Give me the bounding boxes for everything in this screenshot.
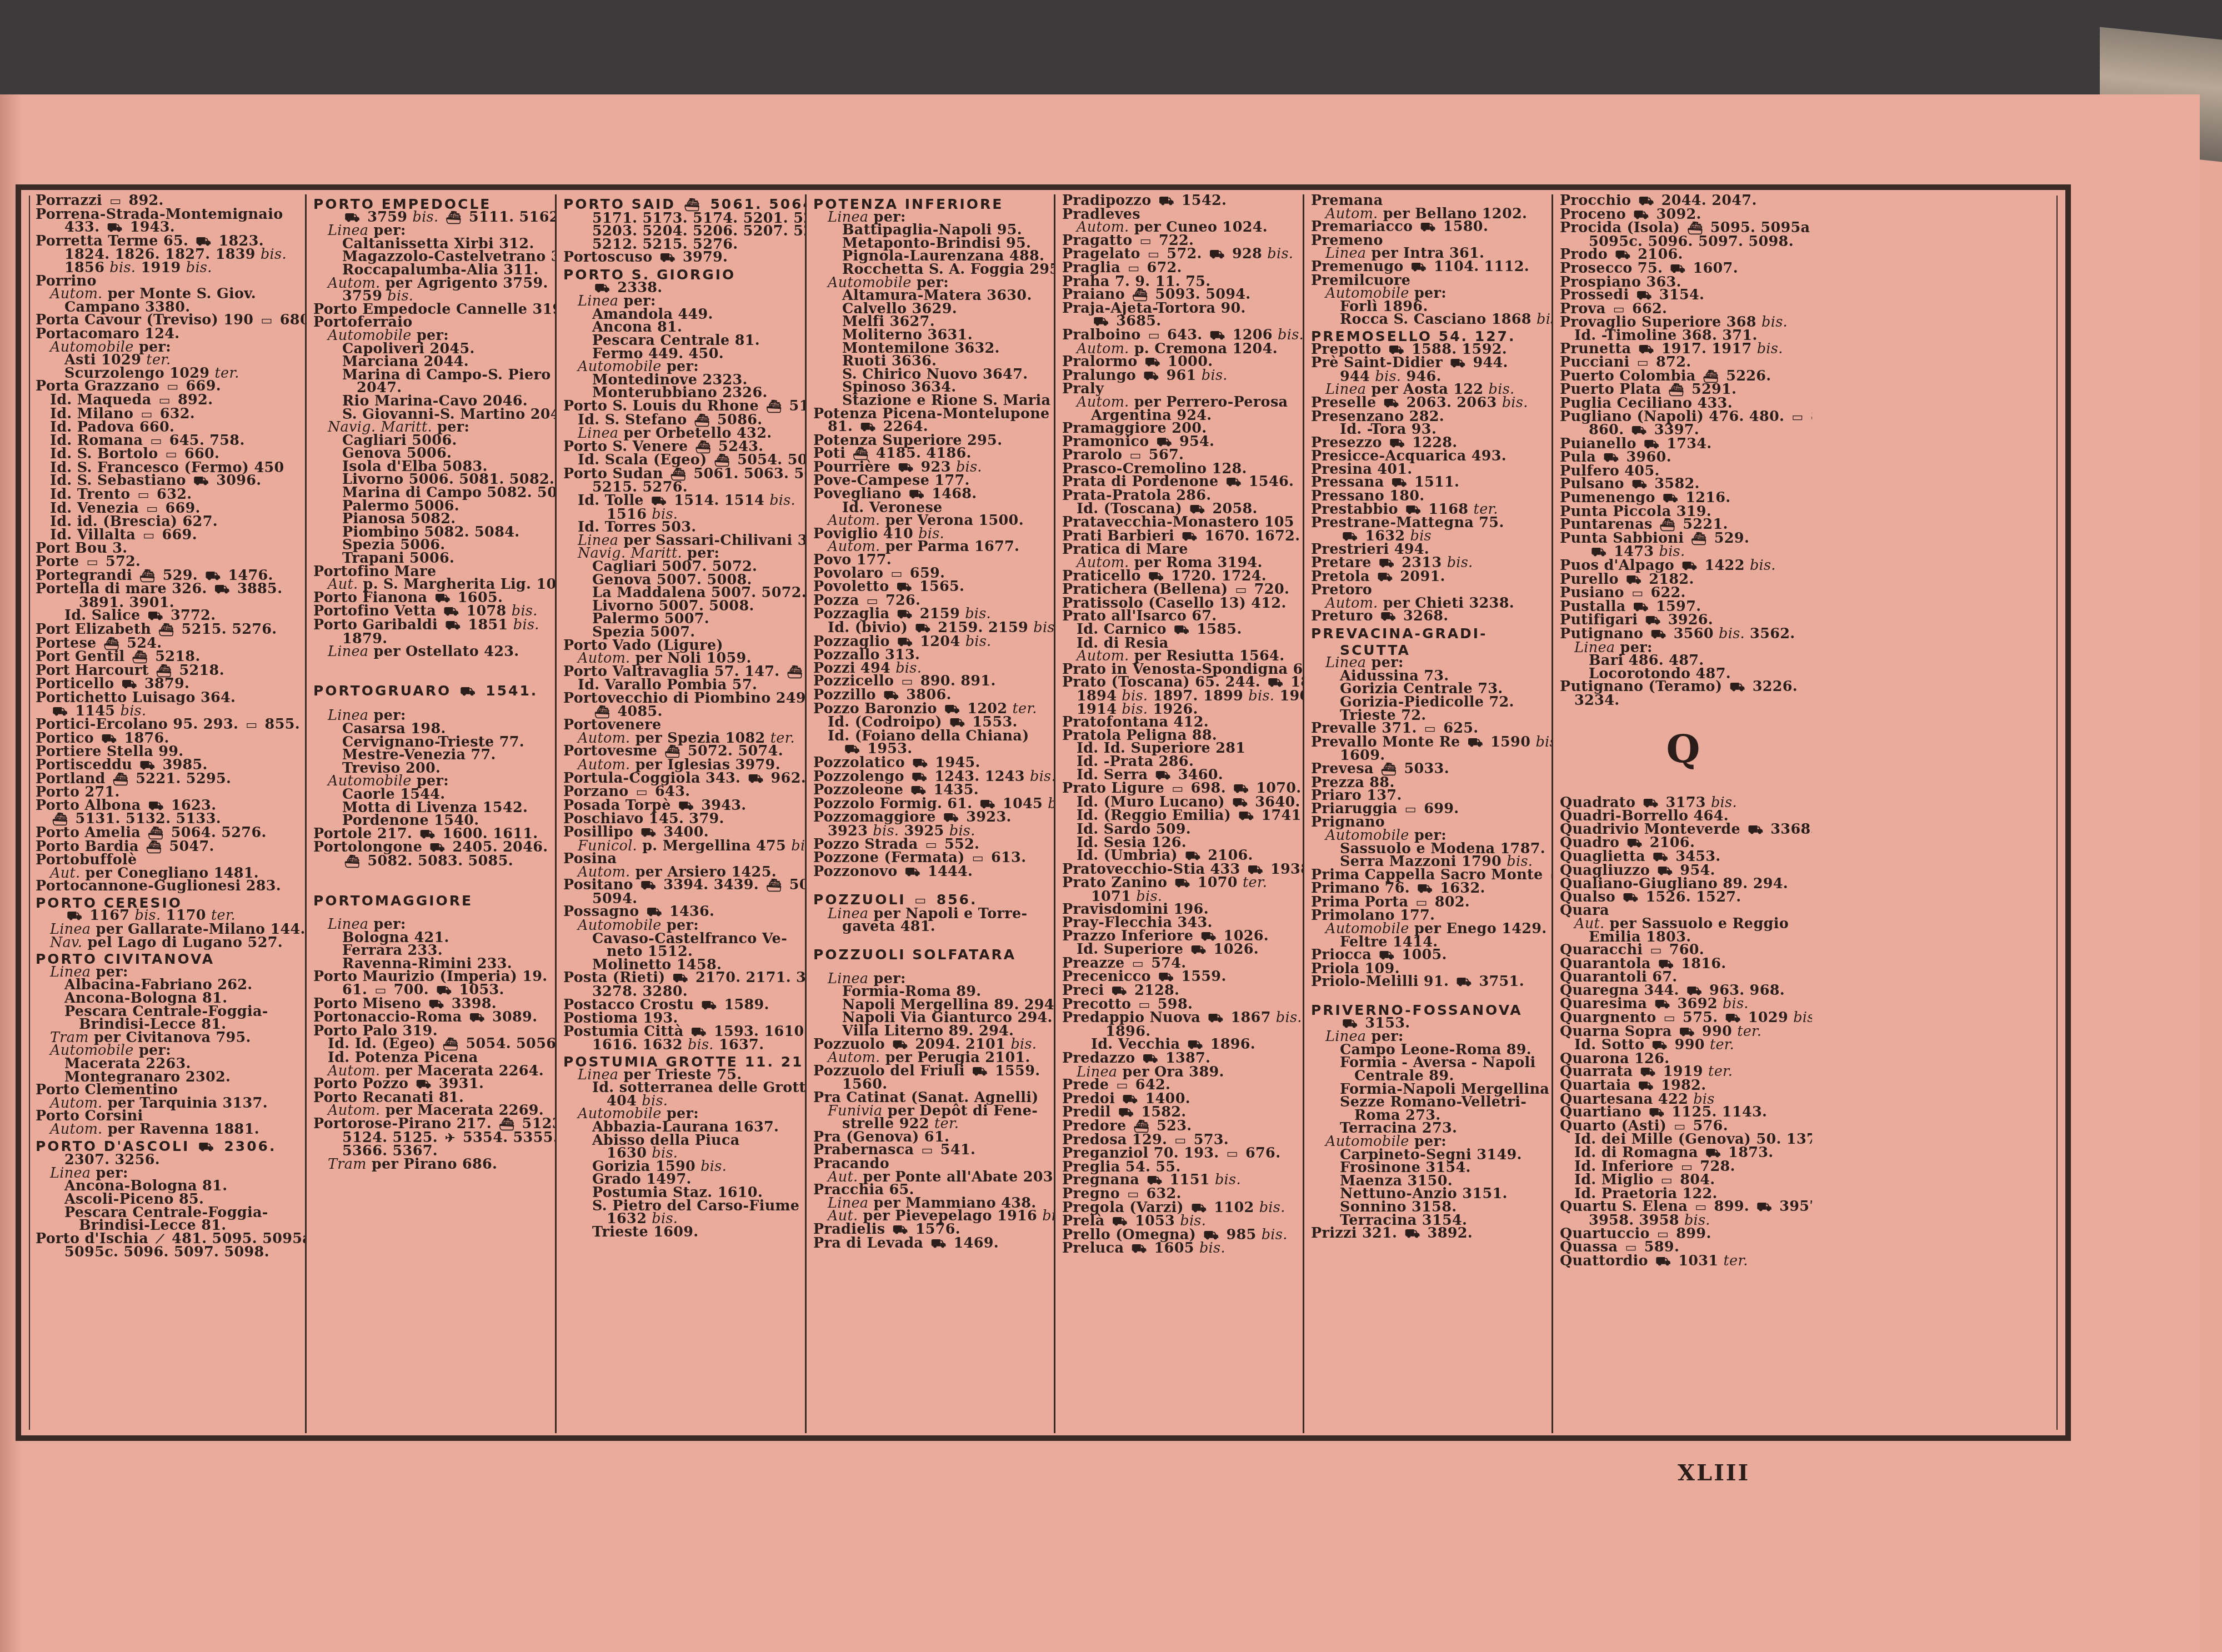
bus-icon: ⛟ bbox=[930, 1238, 946, 1251]
tram-icon: ▭ bbox=[143, 529, 154, 543]
sub-entry: Marina di Campo-S. Piero bbox=[313, 369, 549, 382]
section-letter: Q bbox=[1560, 724, 1806, 774]
sub-entry: Id. Tolle ⛟ 1514. 1514 bis. bbox=[563, 494, 799, 508]
index-column-6: PremanaAutom. per Bellano 1202.Premariac… bbox=[1304, 194, 1553, 1433]
index-entry: Predappio Nuova ⛟ 1867 bis. bbox=[1062, 1012, 1297, 1025]
bus-icon: ⛟ bbox=[1450, 357, 1465, 371]
bus-icon: ⛟ bbox=[1756, 1201, 1772, 1214]
spacer bbox=[313, 659, 549, 670]
index-columns: Porrazzi ▭ 892.Porrena-Strada-Montemigna… bbox=[29, 194, 2051, 1433]
ship-icon: ⛴ bbox=[344, 855, 360, 869]
sub-entry: Abisso della Piuca bbox=[563, 1134, 799, 1148]
bus-icon: ⛟ bbox=[1131, 1243, 1147, 1256]
bus-icon: ⛟ bbox=[912, 757, 928, 770]
index-column-4: POTENZA INFERIORELinea per:Battipaglia-N… bbox=[807, 194, 1055, 1433]
bus-icon: ⛟ bbox=[1411, 261, 1427, 274]
index-column-1: Porrazzi ▭ 892.Porrena-Strada-Montemigna… bbox=[29, 194, 307, 1433]
index-entry: Preturo ⛟ 3268. bbox=[1311, 610, 1546, 624]
index-entry: Quattordio ⛟ 1031 ter. bbox=[1560, 1255, 1806, 1269]
sub-entry: 1616. 1632 bis. 1637. bbox=[563, 1039, 799, 1052]
spacer bbox=[813, 934, 1048, 945]
bus-icon: ⛟ bbox=[1379, 557, 1394, 570]
bus-icon: ⛟ bbox=[460, 685, 477, 699]
sub-entry: Nav. pel Lago di Lugano 527. bbox=[36, 937, 299, 950]
tram-icon: ▭ bbox=[922, 1144, 933, 1158]
spacer bbox=[313, 880, 549, 891]
bus-icon: ⛟ bbox=[701, 999, 717, 1013]
bus-icon: ⛟ bbox=[443, 605, 459, 619]
ship-icon: ⛴ bbox=[766, 401, 782, 414]
ship-icon: ⛴ bbox=[1691, 533, 1706, 546]
plane-icon: ✈ bbox=[445, 1132, 456, 1145]
bus-icon: ⛟ bbox=[972, 1065, 988, 1079]
bus-icon: ⛟ bbox=[1420, 221, 1436, 234]
sub-entry: Trieste 1609. bbox=[563, 1226, 799, 1239]
bus-icon: ⛟ bbox=[469, 1012, 485, 1025]
tram-icon: ▭ bbox=[972, 852, 984, 865]
index-column-7: Procchio ⛟ 2044. 2047.Proceno ⛟ 3092.Pro… bbox=[1553, 194, 1812, 1433]
sub-entry: S. Pietro del Carso-Fiume bbox=[563, 1200, 799, 1213]
spacer bbox=[313, 869, 549, 880]
index-entry: Pra di Levada ⛟ 1469. bbox=[813, 1237, 1048, 1251]
index-entry: Portovecchio di Piombino 249. bbox=[563, 692, 799, 705]
station-heading: PORTOGRUARO ⛟ 1541. bbox=[313, 684, 549, 699]
index-entry: Prizzi 321. ⛟ 3892. bbox=[1311, 1227, 1546, 1241]
bus-icon: ⛟ bbox=[905, 866, 920, 879]
station-heading: PRIVERNO-FOSSANOVA bbox=[1311, 1004, 1546, 1017]
sub-entry: 5095c. 5096. 5097. 5098. bbox=[36, 1246, 299, 1259]
index-entry: Priolo-Melilli 91. ⛟ 3751. bbox=[1311, 975, 1546, 989]
sub-entry: 3234. bbox=[1560, 694, 1806, 708]
tram-icon: ▭ bbox=[246, 719, 257, 732]
bus-icon: ⛟ bbox=[1377, 571, 1393, 584]
bus-icon: ⛟ bbox=[1653, 851, 1668, 864]
station-heading: PORTO S. GIORGIO bbox=[563, 268, 799, 282]
ship-icon: ⛴ bbox=[146, 841, 162, 854]
sub-entry: Autom. per Ravenna 1881. bbox=[36, 1123, 299, 1137]
page-number: XLIII bbox=[1678, 1460, 1750, 1486]
bus-icon: ⛟ bbox=[1174, 624, 1189, 637]
bus-icon: ⛟ bbox=[912, 771, 927, 784]
index-entry: Preluca ⛟ 1605 bis. bbox=[1062, 1242, 1297, 1256]
bus-icon: ⛟ bbox=[1456, 976, 1472, 989]
bus-icon: ⛟ bbox=[1748, 824, 1763, 837]
bus-icon: ⛟ bbox=[1729, 681, 1745, 694]
sub-entry: Rocca S. Casciano 1868 bis. bbox=[1311, 313, 1546, 327]
tram-icon: ▭ bbox=[261, 314, 273, 328]
bus-icon: ⛟ bbox=[193, 475, 209, 488]
tram-icon: ▭ bbox=[1632, 587, 1643, 600]
sub-entry: ⛴ 5082. 5083. 5085. bbox=[313, 855, 549, 869]
bus-icon: ⛟ bbox=[748, 773, 763, 786]
bus-icon: ⛟ bbox=[1208, 1012, 1223, 1025]
bus-icon: ⛟ bbox=[1238, 810, 1254, 823]
bus-icon: ⛟ bbox=[1233, 783, 1249, 796]
bus-icon: ⛟ bbox=[445, 619, 461, 633]
bus-icon: ⛟ bbox=[1226, 476, 1242, 489]
index-column-5: Pradipozzo ⛟ 1542.PradlevesAutom. per Cu… bbox=[1055, 194, 1304, 1433]
index-entry: Portoscuso ⛟ 3979. bbox=[563, 251, 799, 265]
bus-icon: ⛟ bbox=[1190, 944, 1206, 957]
station-heading: POZZUOLI SOLFATARA bbox=[813, 948, 1048, 962]
bus-icon: ⛟ bbox=[1159, 195, 1174, 208]
bus-icon: ⛟ bbox=[1145, 356, 1160, 369]
spacer bbox=[313, 670, 549, 681]
bus-icon: ⛟ bbox=[1404, 1228, 1420, 1241]
sub-entry: Linea per Ostellato 423. bbox=[313, 645, 549, 659]
ship-icon: ⛴ bbox=[787, 666, 803, 679]
bus-icon: ⛟ bbox=[1468, 737, 1483, 750]
station-heading: PORTOMAGGIORE bbox=[313, 894, 549, 908]
spacer bbox=[813, 879, 1048, 890]
spacer bbox=[1311, 989, 1546, 1000]
index-column-2: PORTO EMPEDOCLE⛟ 3759 bis. ⛴ 5111. 5162.… bbox=[307, 194, 557, 1433]
ship-icon: ⛴ bbox=[446, 212, 462, 225]
bus-icon: ⛟ bbox=[198, 1141, 216, 1154]
sub-entry: gaveta 481. bbox=[813, 920, 1048, 934]
sub-entry: Id. sotterranea delle Grotte bbox=[563, 1082, 799, 1095]
bus-icon: ⛟ bbox=[1175, 877, 1190, 890]
bus-icon: ⛟ bbox=[1380, 610, 1396, 624]
ship-icon: ⛴ bbox=[766, 879, 782, 893]
bus-icon: ⛟ bbox=[640, 879, 656, 893]
bus-icon: ⛟ bbox=[1640, 1066, 1656, 1079]
tram-icon: ▭ bbox=[1227, 1148, 1238, 1161]
sub-entry: Id. (Foiano della Chiana) bbox=[813, 730, 1048, 743]
bus-icon: ⛟ bbox=[1655, 1255, 1671, 1269]
index-entry: Praja-Ajeta-Tortora 90. bbox=[1062, 302, 1297, 316]
station-heading: PREVACINA-GRADI- bbox=[1311, 627, 1546, 640]
bus-icon: ⛟ bbox=[214, 583, 230, 597]
bus-icon: ⛟ bbox=[1651, 628, 1666, 642]
tram-icon: ▭ bbox=[1791, 411, 1803, 424]
ship-icon: ⛴ bbox=[148, 827, 163, 840]
bus-icon: ⛟ bbox=[1209, 248, 1225, 262]
bus-icon: ⛟ bbox=[1623, 892, 1638, 905]
index-entry: Portocannone-Guglionesi 283. bbox=[36, 880, 299, 893]
bus-icon: ⛟ bbox=[1143, 370, 1159, 383]
index-entry: Pozzonovo ⛟ 1444. bbox=[813, 865, 1048, 879]
index-column-3: PORTO SAID ⛴ 5061. 5064.5171. 5173. 5174… bbox=[557, 194, 807, 1433]
sub-entry: Tram per Pirano 686. bbox=[313, 1158, 549, 1172]
tram-icon: ▭ bbox=[1405, 803, 1417, 817]
bus-icon: ⛟ bbox=[660, 252, 675, 265]
